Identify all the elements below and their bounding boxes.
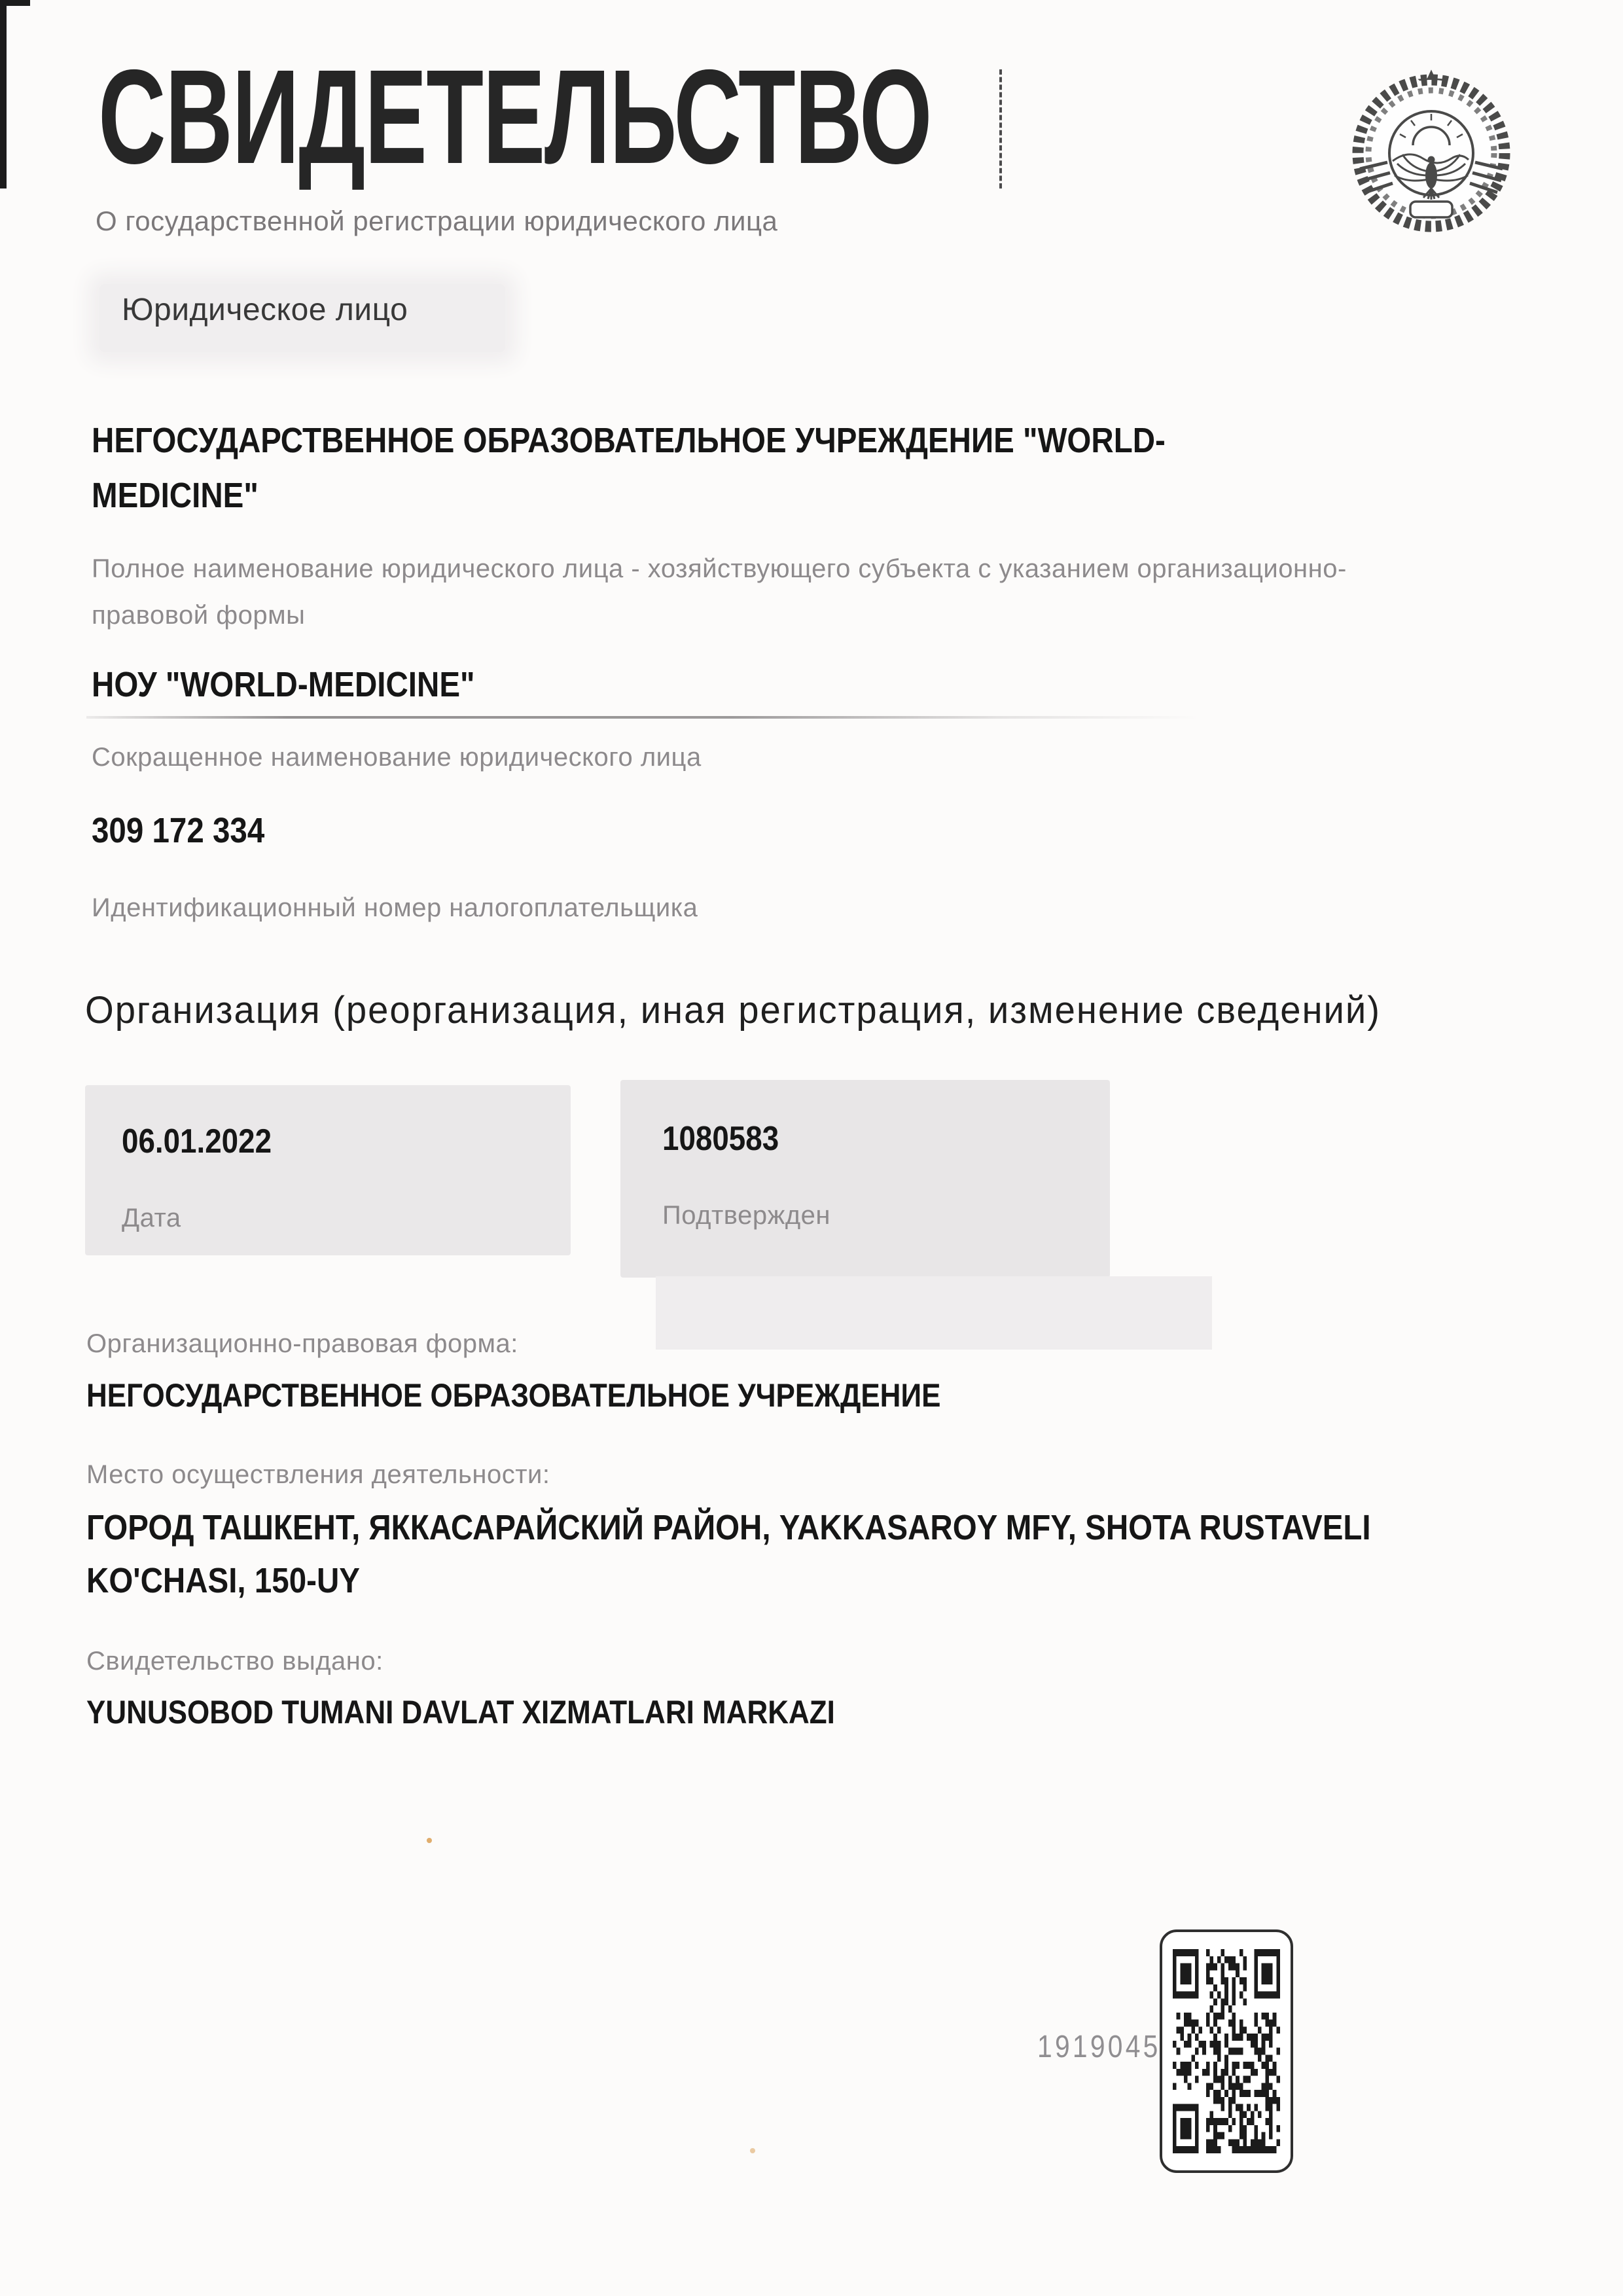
scan-edge-artifact [0,0,30,6]
confirmation-status-label: Подтвержден [662,1193,830,1239]
serial-number: 1919045 [1037,2029,1161,2065]
tin-label: Идентификационный номер налогоплательщик… [92,885,698,931]
full-name-label: Полное наименование юридического лица - … [92,546,1347,639]
registration-date-label: Дата [122,1195,181,1242]
confirmation-number-value: 1080583 [662,1113,779,1166]
qr-code-frame [1160,1929,1293,2173]
certificate-subtitle: О государственной регистрации юридическо… [96,206,777,237]
scan-rule-line [86,716,1199,719]
entity-type-badge: Юридическое лицо [122,292,408,328]
full-name-value: НЕГОСУДАРСТВЕННОЕ ОБРАЗОВАТЕЛЬНОЕ УЧРЕЖД… [92,414,1166,523]
title-cursor-mark [999,69,1002,188]
scan-speck [427,1838,432,1843]
tin-value: 309 172 334 [92,804,264,859]
uzbekistan-emblem-icon [1346,65,1517,237]
issued-by-value: YUNUSOBOD TUMANI DAVLAT XIZMATLARI MARKA… [86,1687,835,1738]
issued-by-label: Свидетельство выдано: [86,1638,383,1685]
scan-speck [750,2148,755,2153]
registration-heading: Организация (реорганизация, иная регистр… [85,988,1381,1032]
registration-date-value: 06.01.2022 [122,1115,272,1168]
certificate-title: СВИДЕТЕЛЬСТВО [98,50,931,184]
scan-shading [656,1276,1212,1350]
qr-code [1173,1949,1280,2153]
confirmation-box [620,1080,1110,1278]
place-label: Место осуществления деятельности: [86,1452,550,1498]
place-value: ГОРОД ТАШКЕНТ, ЯККАСАРАЙСКИЙ РАЙОН, YAKK… [86,1501,1371,1607]
certificate-page: СВИДЕТЕЛЬСТВО О государственной регистра… [0,0,1623,2296]
legal-form-label: Организационно-правовая форма: [86,1321,518,1367]
short-name-value: НОУ "WORLD-MEDICINE" [92,658,475,713]
scan-edge-artifact [0,0,7,188]
short-name-label: Сокращенное наименование юридического ли… [92,734,702,781]
legal-form-value: НЕГОСУДАРСТВЕННОЕ ОБРАЗОВАТЕЛЬНОЕ УЧРЕЖД… [86,1371,940,1422]
